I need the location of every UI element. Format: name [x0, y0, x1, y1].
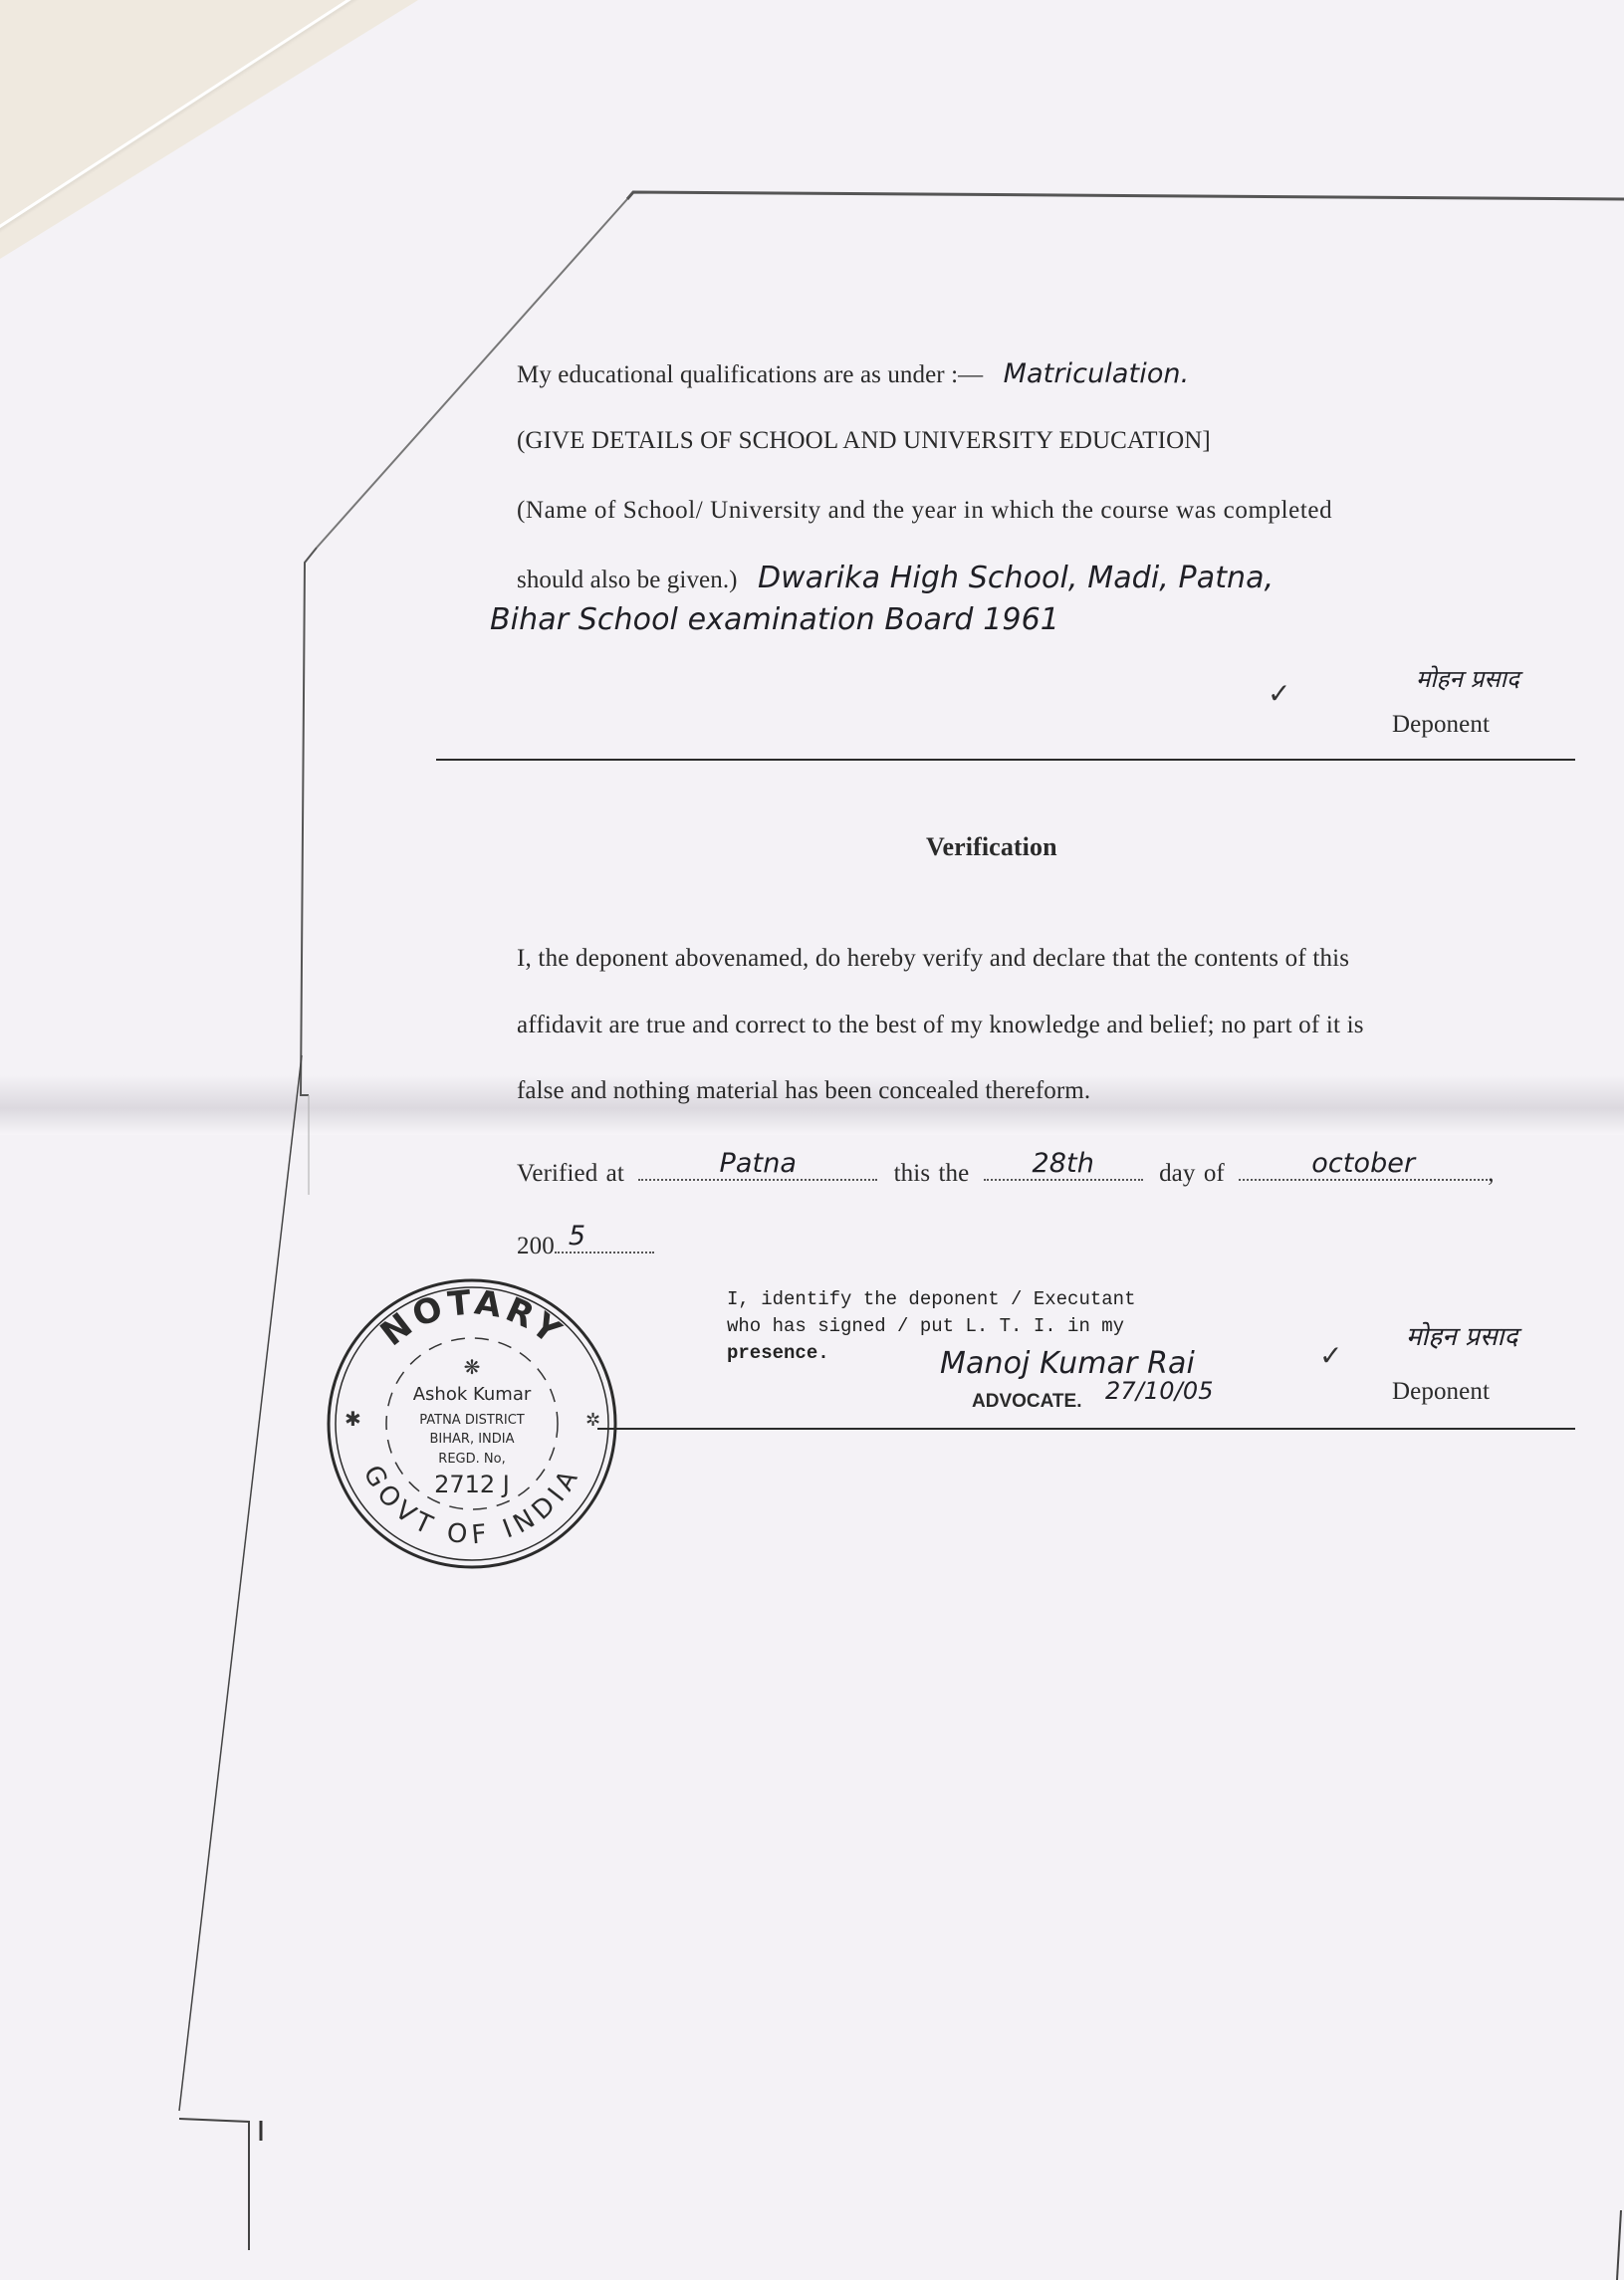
day-of-label: day of — [1159, 1160, 1225, 1187]
qualifications-value: Matriculation. — [1004, 358, 1190, 389]
month-field: october — [1239, 1157, 1488, 1181]
verified-at-value: Patna — [719, 1150, 797, 1177]
qualifications-intro: My educational qualifications are as und… — [517, 360, 1189, 387]
identification-line-1: I, identify the deponent / Executant — [727, 1286, 1135, 1313]
year-value: 5 — [569, 1223, 585, 1250]
deponent-signature-2: मोहन प्रसाद — [1406, 1324, 1517, 1350]
day-field: 28th — [984, 1157, 1143, 1181]
details-heading: (GIVE DETAILS OF SCHOOL AND UNIVERSITY E… — [517, 428, 1211, 453]
instruction-line-1: (Name of School/ University and the year… — [517, 498, 1332, 523]
verification-para-line-3: false and nothing material has been conc… — [517, 1078, 1090, 1103]
year-field: 5 — [555, 1230, 654, 1254]
verified-at-field: Patna — [638, 1157, 877, 1181]
deponent-label-1: Deponent — [1392, 712, 1490, 737]
page-border-lines — [0, 0, 1624, 2280]
star-icon: ✱ — [345, 1409, 361, 1431]
school-board-value: Bihar School examination Board 1961 — [490, 605, 1059, 635]
this-the-label: this the — [894, 1160, 970, 1187]
deponent-label-2: Deponent — [1392, 1379, 1490, 1404]
month-value: october — [1311, 1150, 1415, 1177]
qualifications-label: My educational qualifications are as und… — [517, 361, 983, 388]
day-value: 28th — [1032, 1150, 1093, 1177]
verified-line: Verified at Patna this the 28th day of o… — [517, 1157, 1495, 1186]
year-prefix: 200 — [517, 1233, 555, 1259]
year-line: 2005 — [517, 1230, 654, 1258]
notary-stamp: NOTARY GOVT OF INDIA ❋ ✱ ✲ Ashok Kumar P… — [325, 1276, 619, 1571]
verified-at-label: Verified at — [517, 1160, 624, 1187]
stamp-regd-label: REGD. No, — [438, 1452, 505, 1467]
deponent-signature-1: मोहन प्रसाद — [1416, 667, 1519, 691]
stamp-top-arc: NOTARY — [373, 1282, 571, 1354]
advocate-date: 27/10/05 — [1105, 1379, 1214, 1403]
stamp-state: BIHAR, INDIA — [429, 1432, 514, 1447]
advocate-label: ADVOCATE. — [972, 1391, 1081, 1413]
verification-para-line-2: affidavit are true and correct to the be… — [517, 1013, 1364, 1037]
signature-divider — [597, 1428, 1575, 1430]
advocate-signature: Manoj Kumar Rai — [940, 1349, 1195, 1379]
school-name-value: Dwarika High School, Madi, Patna, — [758, 561, 1274, 595]
verification-para-line-1: I, the deponent abovenamed, do hereby ve… — [517, 946, 1349, 971]
section-divider — [436, 759, 1575, 761]
verification-heading: Verification — [926, 834, 1057, 860]
identification-line-2: who has signed / put L. T. I. in my — [727, 1313, 1135, 1340]
stamp-regd-number: 2712 J — [434, 1471, 510, 1498]
stamp-district: PATNA DISTRICT — [419, 1413, 525, 1428]
star-icon: ✲ — [585, 1410, 600, 1430]
check-mark-icon: ✓ — [1268, 677, 1290, 710]
svg-text:NOTARY: NOTARY — [373, 1282, 571, 1354]
instruction-line-2: should also be given.) Dwarika High Scho… — [517, 564, 1274, 593]
check-mark-icon: ✓ — [1319, 1339, 1342, 1372]
instruction-line-2-text: should also be given.) — [517, 567, 738, 593]
stamp-emblem-icon: ❋ — [464, 1357, 481, 1379]
stamp-name: Ashok Kumar — [413, 1384, 532, 1405]
